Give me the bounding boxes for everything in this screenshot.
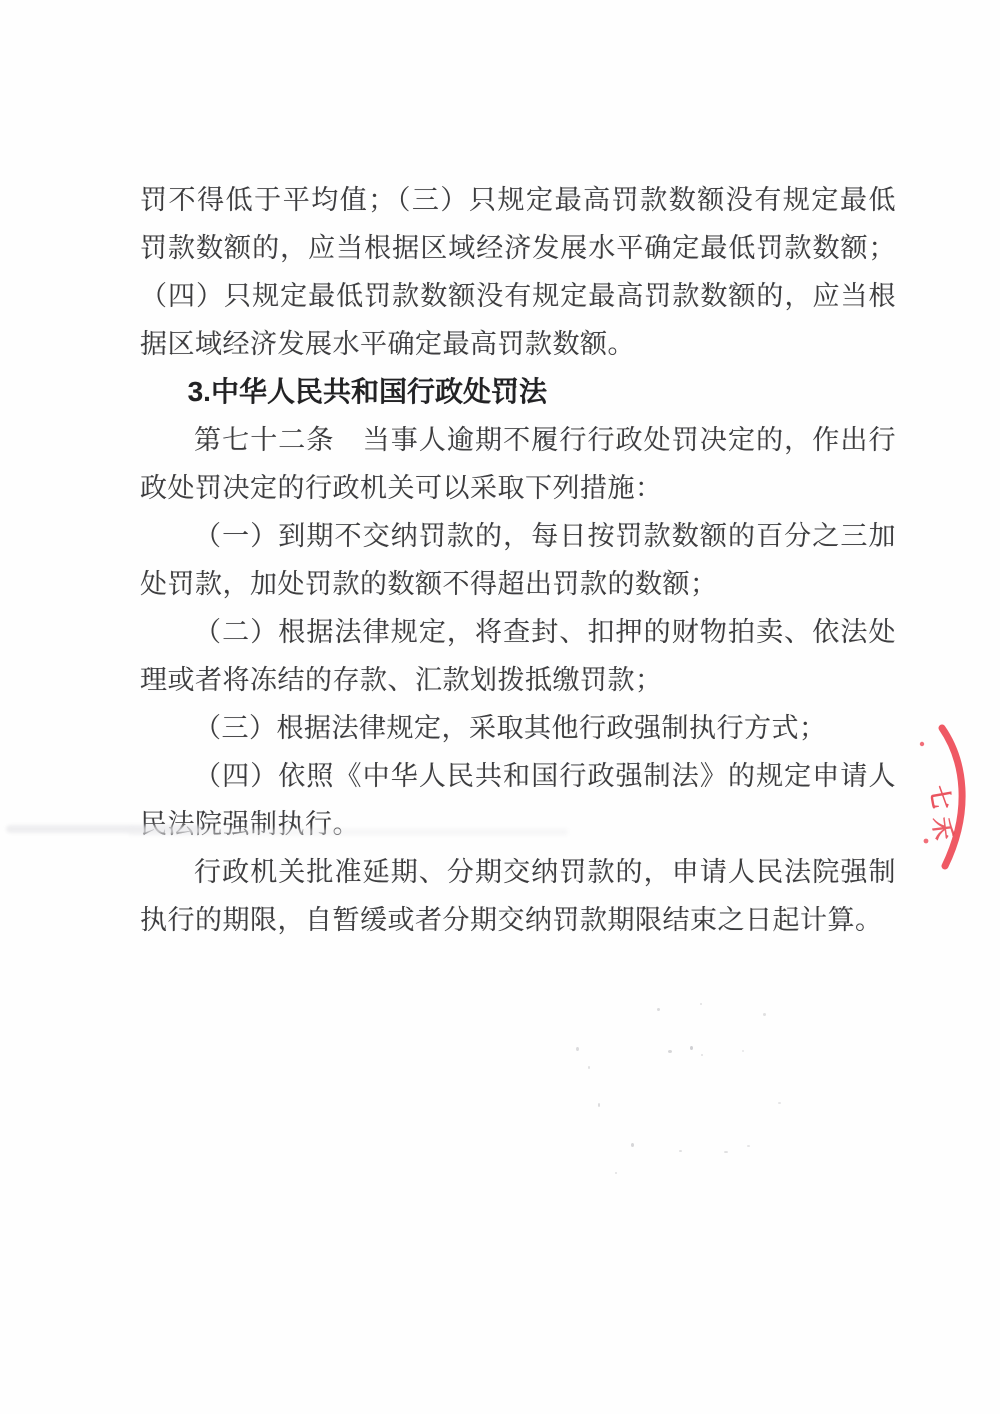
scan-speck bbox=[690, 1046, 693, 1050]
paragraph-closing: 行政机关批准延期、分期交纳罚款的，申请人民法院强制执行的期限，自暂缓或者分期交纳… bbox=[140, 848, 896, 944]
section-heading-law-title: 3.中华人民共和国行政处罚法 bbox=[140, 368, 896, 416]
scan-speck bbox=[657, 1008, 660, 1011]
scan-speck bbox=[700, 1003, 702, 1005]
document-text-block: 罚不得低于平均值；（三）只规定最高罚款数额没有规定最低罚款数额的，应当根据区域经… bbox=[140, 176, 896, 944]
paragraph-item-2: （二）根据法律规定，将查封、扣押的财物拍卖、依法处理或者将冻结的存款、汇款划拨抵… bbox=[140, 608, 896, 704]
scan-speck bbox=[778, 1102, 781, 1104]
paragraph-article-72: 第七十二条 当事人逾期不履行行政处罚决定的，作出行政处罚决定的行政机关可以采取下… bbox=[140, 416, 896, 512]
scan-speck bbox=[679, 1150, 682, 1152]
paragraph-item-1: （一）到期不交纳罚款的，每日按罚款数额的百分之三加处罚款，加处罚款的数额不得超出… bbox=[140, 512, 896, 608]
scan-speck bbox=[724, 1151, 728, 1153]
seal-character-top: 七 bbox=[924, 783, 955, 811]
scan-speck bbox=[763, 1013, 766, 1016]
seal-ink-dot bbox=[920, 742, 924, 746]
scan-speck bbox=[742, 1050, 744, 1052]
scan-speck bbox=[576, 1047, 579, 1051]
paragraph-continuation: 罚不得低于平均值；（三）只规定最高罚款数额没有规定最低罚款数额的，应当根据区域经… bbox=[140, 176, 896, 368]
scan-speck bbox=[701, 1054, 703, 1056]
paragraph-item-3: （三）根据法律规定，采取其他行政强制执行方式； bbox=[140, 704, 896, 752]
scan-speck bbox=[615, 1172, 617, 1174]
document-page: 罚不得低于平均值；（三）只规定最高罚款数额没有规定最低罚款数额的，应当根据区域经… bbox=[0, 0, 1000, 1414]
scan-speck bbox=[598, 1103, 600, 1107]
paragraph-item-4: （四）依照《中华人民共和国行政强制法》的规定申请人民法院强制执行。 bbox=[140, 752, 896, 848]
seal-character-bottom: 禾 bbox=[928, 815, 957, 841]
scan-speck bbox=[631, 1143, 634, 1147]
scan-speck bbox=[588, 1066, 590, 1069]
seal-arc bbox=[942, 728, 962, 866]
scan-speck bbox=[747, 1145, 750, 1147]
seal-ink-dot bbox=[924, 839, 929, 844]
red-seal-fragment-icon: 七 禾 bbox=[912, 712, 1000, 882]
scan-speck bbox=[668, 1050, 672, 1053]
